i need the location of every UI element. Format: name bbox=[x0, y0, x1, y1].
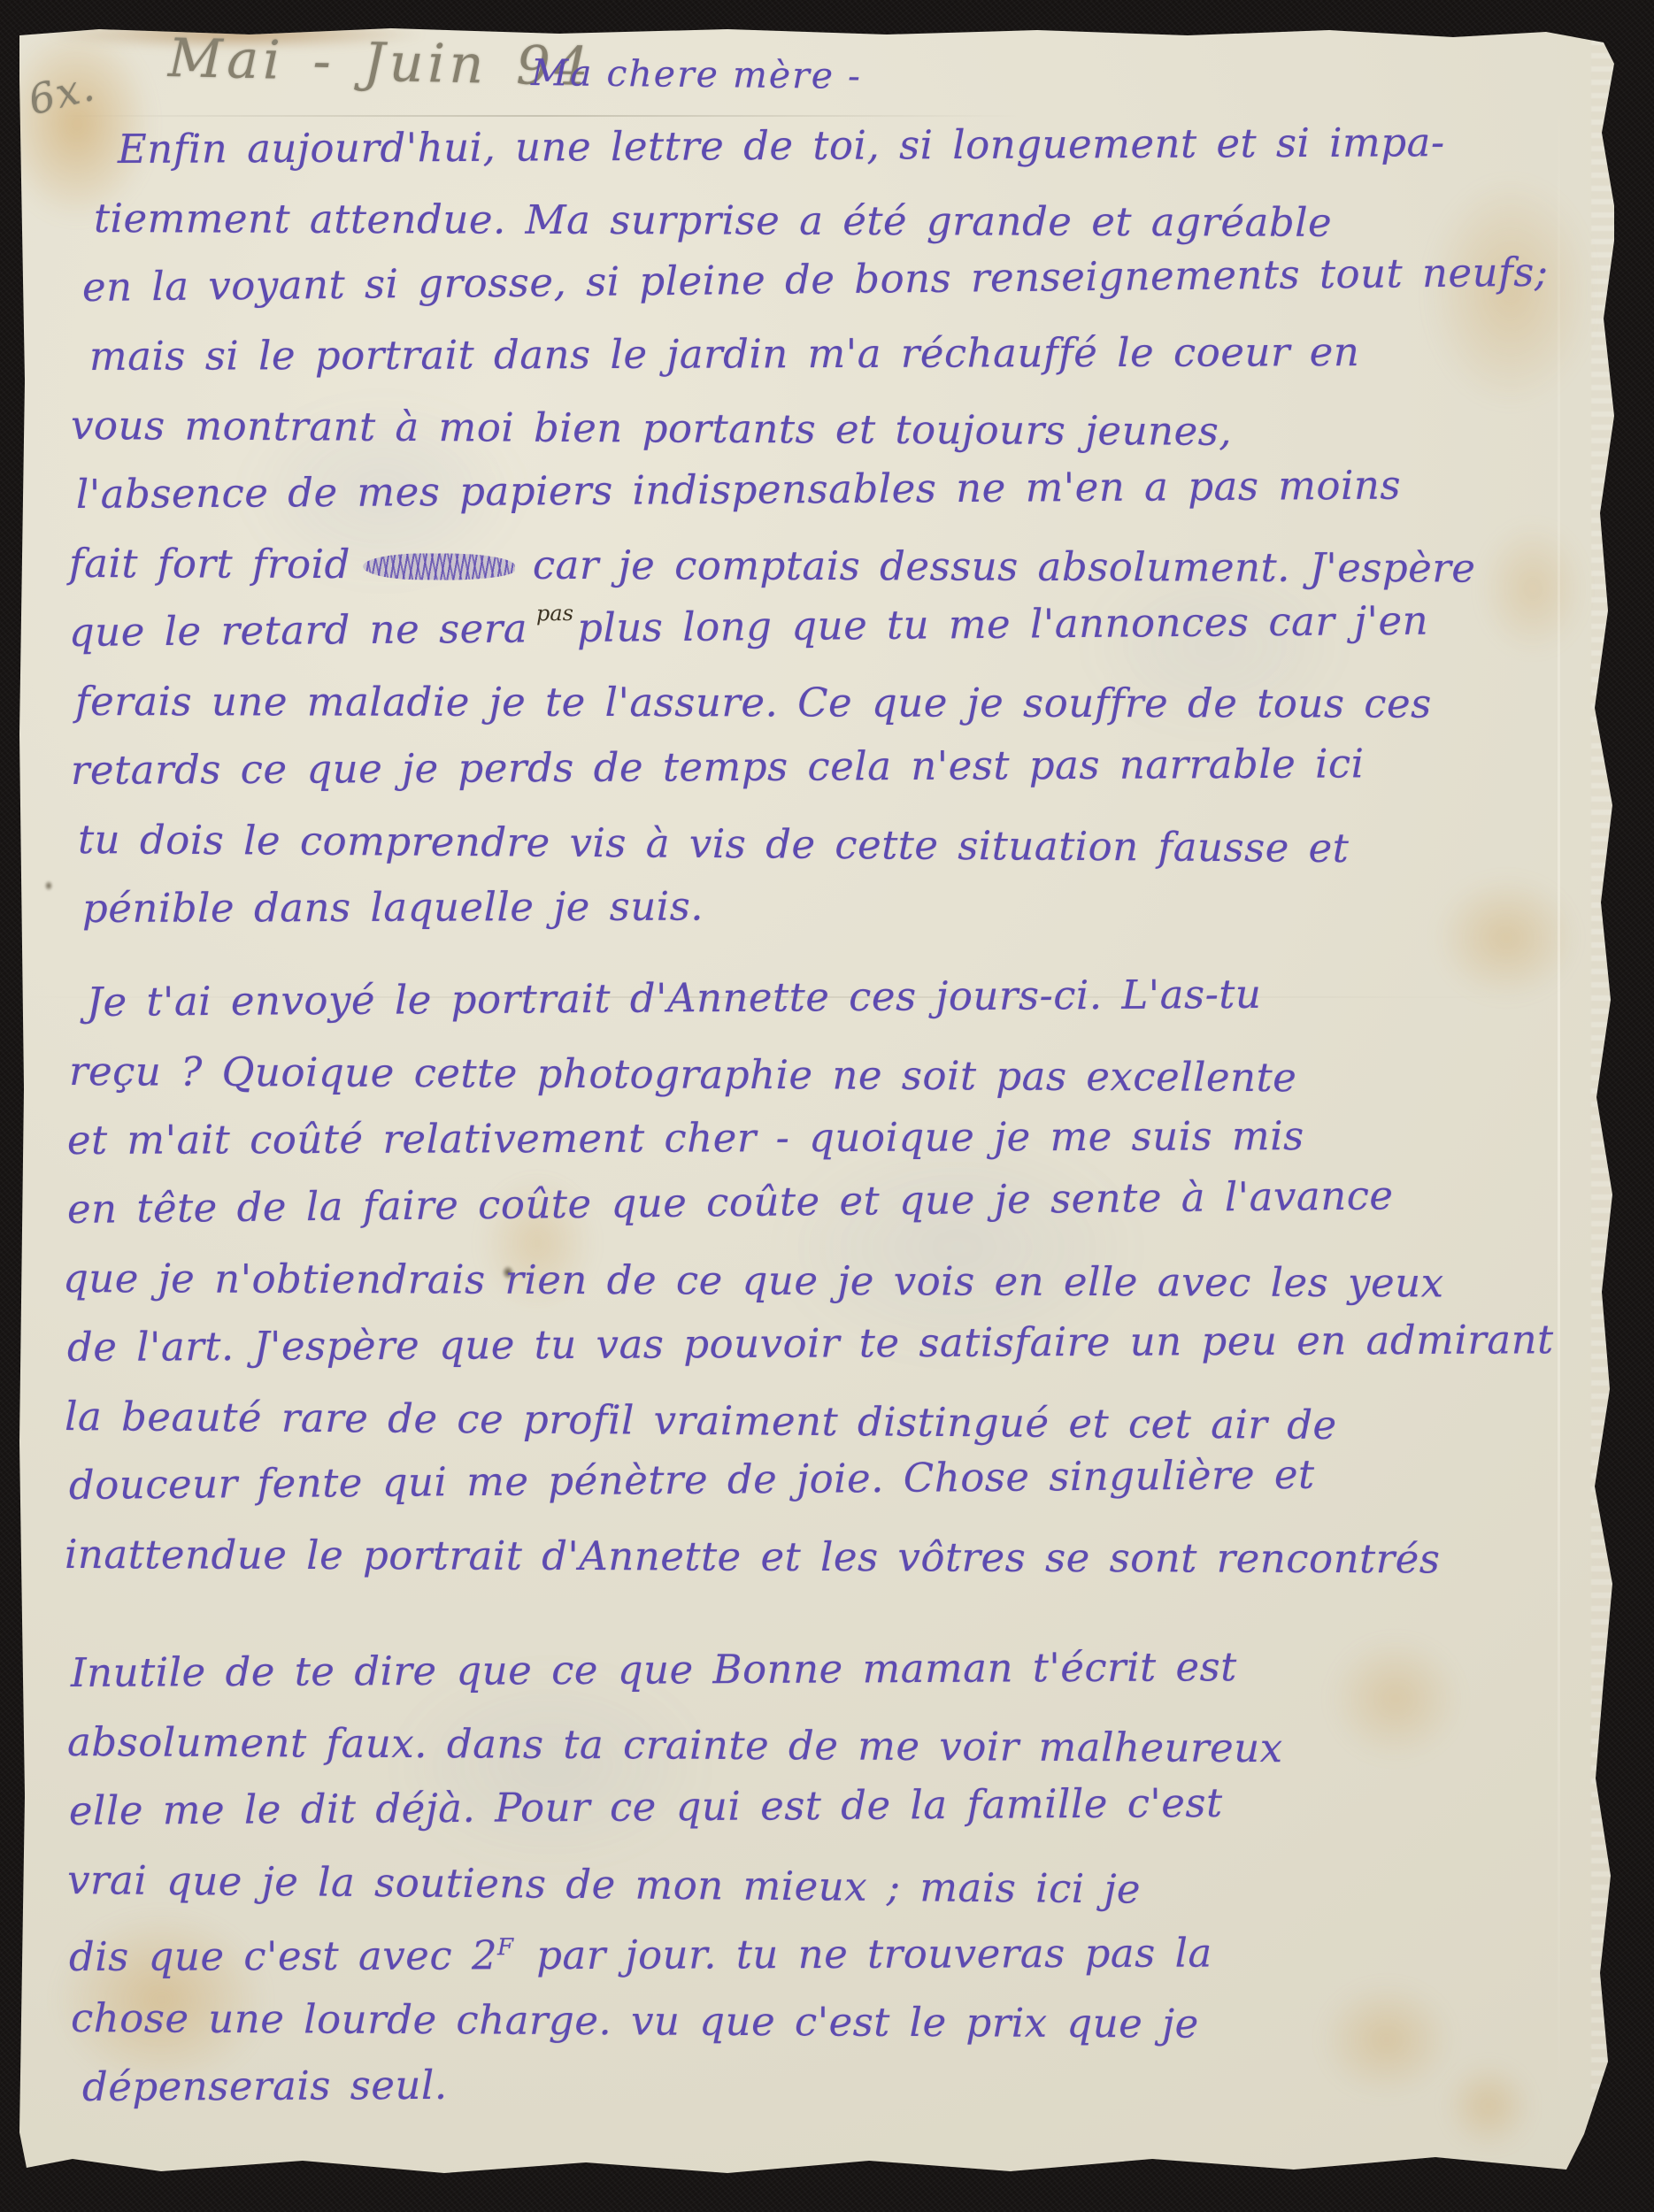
scribbled-out-word bbox=[363, 553, 515, 580]
letter-line: dépenserais seul. bbox=[82, 2052, 1614, 2129]
superscript-f: F bbox=[497, 1934, 513, 1961]
line-text: par jour. tu ne trouveras pas la bbox=[536, 1929, 1212, 1978]
letter-line: retards ce que je perds de temps cela n'… bbox=[71, 735, 1614, 812]
letter-line: elle me le dit déjà. Pour ce qui est de … bbox=[69, 1773, 1615, 1853]
letter-line: l'absence de mes papiers indispensables … bbox=[76, 457, 1615, 536]
line-text: que le retard ne sera bbox=[69, 604, 528, 656]
letter-line: de l'art. J'espère que tu vas pouvoir te… bbox=[67, 1312, 1614, 1389]
letter-line: douceur fente qui me pénètre de joie. Ch… bbox=[69, 1445, 1615, 1527]
letter-line: Inutile de te dire que ce que Bonne mama… bbox=[71, 1638, 1614, 1715]
line-text: plus long que tu me l'annonces car j'en bbox=[577, 597, 1428, 651]
salutation: Ma chere mère - bbox=[531, 51, 862, 97]
letter-line: ferais une maladie je te l'assure. Ce qu… bbox=[75, 674, 1614, 746]
letter-sheet: 6x. Mai - Juin 94 Ma chere mère - Enfin … bbox=[19, 27, 1614, 2182]
letter-line: Enfin aujourd'hui, une lettre de toi, si… bbox=[118, 114, 1614, 191]
date-annotation: Mai - Juin 94 bbox=[167, 27, 593, 98]
letter-line: mais si le portrait dans le jardin m'a r… bbox=[89, 324, 1614, 398]
letter-line: en la voyant si grosse, si pleine de bon… bbox=[82, 244, 1615, 329]
letter-line: inattendue le portrait d'Annette et les … bbox=[65, 1527, 1614, 1601]
paper-crease bbox=[55, 115, 1028, 117]
letter-line: dis que c'est avec 2Fpar jour. tu ne tro… bbox=[69, 1916, 1614, 1991]
scan-background: { "colors": { "background": "#161312", "… bbox=[0, 0, 1654, 2212]
line-text: fait fort froid bbox=[69, 540, 350, 588]
letter-body: Enfin aujourd'hui, une lettre de toi, si… bbox=[53, 122, 1614, 2129]
letter-line: que le retard ne serapasplus long que tu… bbox=[69, 592, 1615, 674]
line-text: dis que c'est avec 2 bbox=[69, 1932, 497, 1980]
ink-speck bbox=[44, 880, 53, 891]
corner-annotation: 6x. bbox=[24, 62, 101, 125]
letter-line: pénible dans laquelle je suis. bbox=[82, 876, 1614, 950]
line-text: car je comptais dessus absolument. J'esp… bbox=[533, 541, 1476, 592]
interlinear-insertion: pas bbox=[536, 601, 573, 626]
letter-line: Je t'ai envoyé le portrait d'Annette ces… bbox=[87, 964, 1615, 1044]
